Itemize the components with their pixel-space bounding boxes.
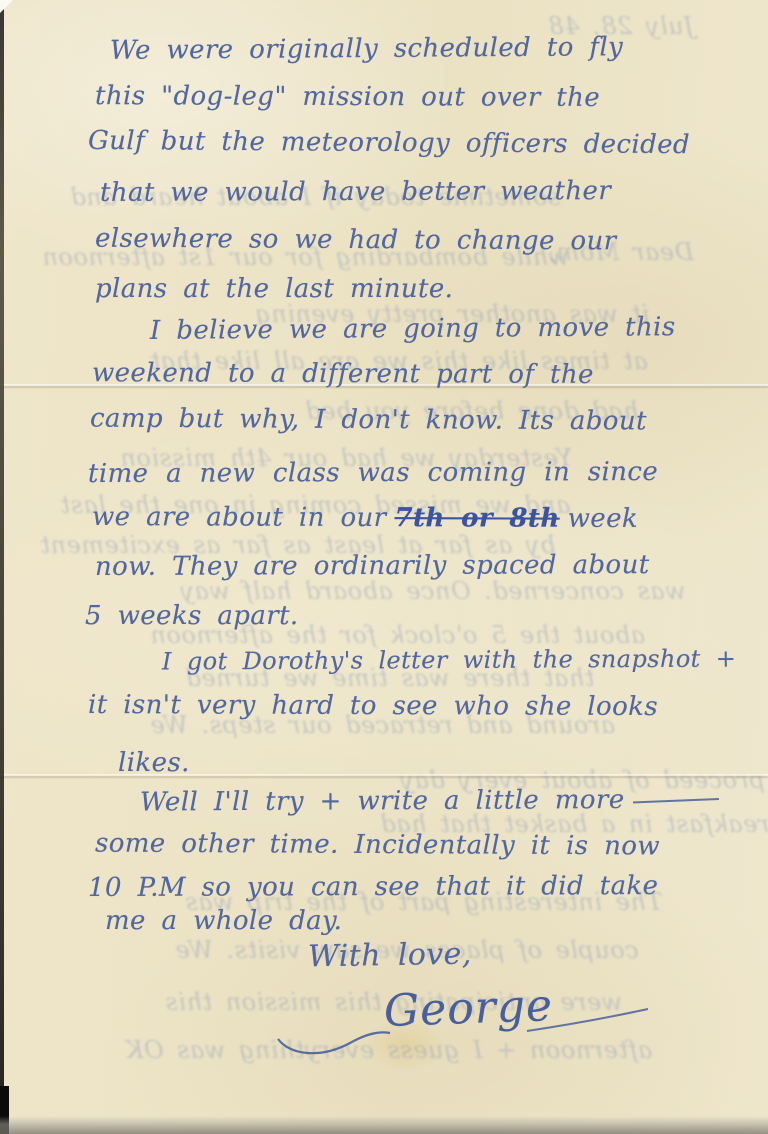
fold-crease: [0, 774, 768, 779]
letter-line: elsewhere so we had to change our: [95, 224, 617, 257]
letter-line paragraph-indent: Well I'll try + write a little more: [140, 784, 719, 817]
letter-scan: July 28, 48 Dear Mom, sometime today if …: [0, 0, 768, 1134]
letter-line: time a new class was coming in since: [88, 457, 658, 489]
letter-line: 5 weeks apart.: [85, 601, 299, 631]
letter-line: weekend to a different part of the: [92, 358, 594, 390]
page-bottom-edge: [0, 1116, 768, 1134]
letter-line: it isn't very hard to see who she looks: [88, 690, 658, 722]
letter-line: some other time. Incidentally it is now: [95, 829, 660, 862]
closing-salutation: With love,: [308, 937, 472, 975]
signature: George: [272, 975, 662, 1075]
scan-left-edge: [0, 0, 4, 1134]
trailing-pen-stroke: [633, 798, 719, 803]
letter-line: We were originally scheduled to fly: [110, 32, 623, 66]
letter-line: now. They are ordinarily spaced about: [95, 550, 650, 582]
letter-line: that we would have better weather: [100, 176, 611, 208]
letter-line paragraph-indent: I got Dorothy's letter with the snapshot…: [162, 644, 736, 675]
scan-corner-top-left: [0, 0, 13, 13]
signature-name: George: [383, 980, 554, 1037]
emphasized-weeks-text: 7th or 8th: [394, 503, 559, 534]
letter-line: likes.: [118, 748, 190, 778]
letter-line paragraph-indent: I believe we are going to move this: [150, 312, 676, 346]
line-prefix: we are about in our: [92, 502, 387, 533]
letter-line: this "dog-leg" mission out over the: [95, 81, 600, 113]
letter-line: 10 P.M so you can see that it did take: [88, 871, 658, 903]
letter-line: Gulf but the meteorology officers decide…: [88, 126, 690, 160]
letter-line: camp but why, I don't know. Its about: [90, 404, 647, 437]
line-text: Well I'll try + write a little more: [140, 785, 625, 818]
letter-line-with-emphasis: we are about in our7th or 8thweek: [92, 502, 638, 534]
line-suffix: week: [568, 504, 638, 534]
letter-line: me a whole day.: [105, 906, 342, 936]
letter-line: plans at the last minute.: [95, 274, 453, 304]
